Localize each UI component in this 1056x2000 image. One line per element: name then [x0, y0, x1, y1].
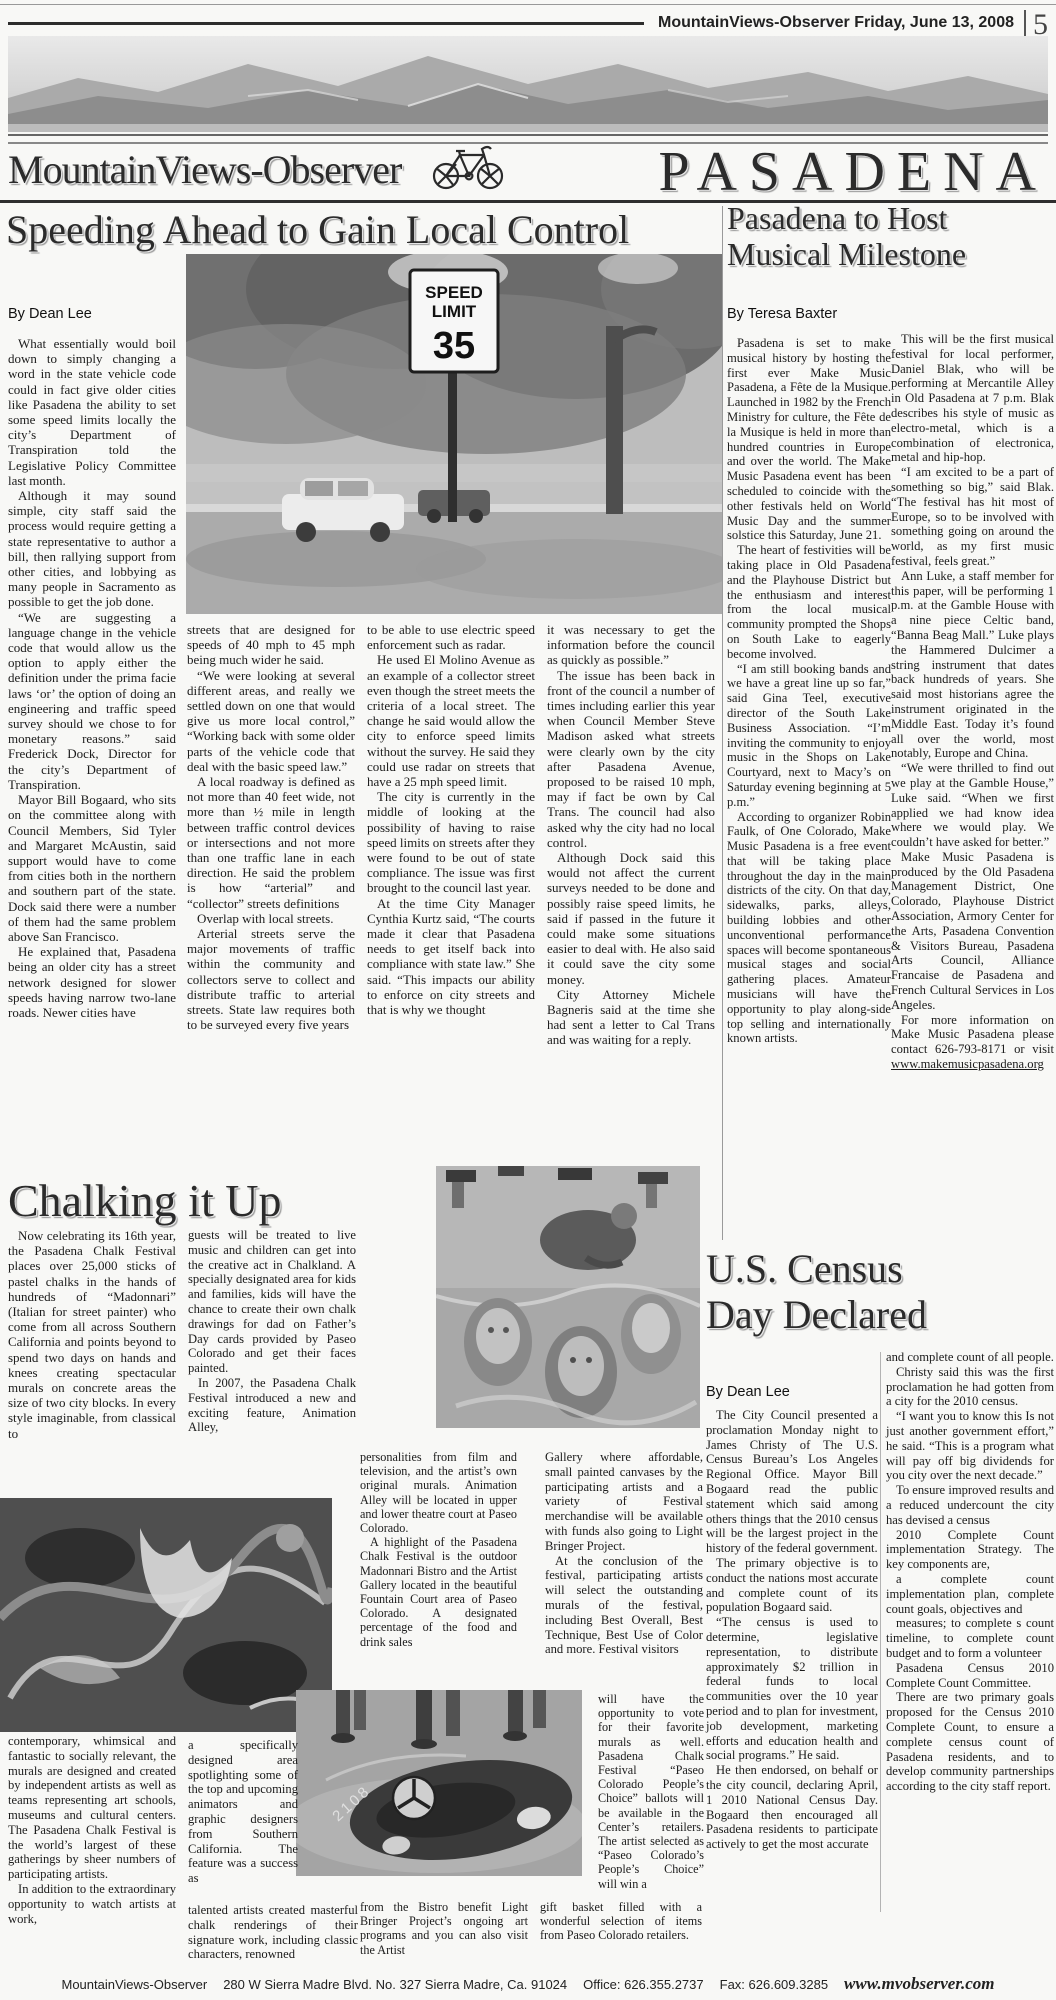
masthead-title: MountainViews-Observer	[8, 146, 401, 193]
chalk-col1: Now celebrating its 16th year, the Pasad…	[8, 1228, 176, 1441]
bicycle-icon	[430, 142, 506, 197]
census-column-rule	[880, 1352, 881, 1912]
chalk-artist-photo	[436, 1166, 700, 1428]
car-chalk-photo: 2108	[296, 1690, 582, 1876]
census-headline-line2: Day Declared	[706, 1292, 1054, 1338]
folio-issue-line: MountainViews-Observer Friday, June 13, …	[658, 10, 1014, 32]
makemusic-link[interactable]: www.makemusicpasadena.org	[891, 1057, 1044, 1071]
footer-paper-name: MountainViews-Observer	[61, 1977, 207, 1992]
chalk-bottom-mid: from the Bistro benefit Light Bringer Pr…	[360, 1900, 528, 1957]
chalk-col2-cont-narrow: a specifically designed area spotlightin…	[188, 1738, 298, 1886]
speed-sign-number: 35	[433, 325, 475, 367]
speed-sign-word2: LIMIT	[432, 302, 477, 321]
music-more-info-text: For more information on Make Music Pasad…	[891, 1013, 1054, 1057]
street-speed-limit-photo: SPEED LIMIT 35	[186, 254, 722, 614]
census-col1: The City Council presented a proclamatio…	[706, 1408, 878, 1852]
music-col1: Pasadena is set to make musical history …	[727, 336, 891, 1046]
mountain-panorama-graphic	[8, 36, 1048, 132]
speeding-headline: Speeding Ahead to Gain Local Control	[6, 206, 629, 253]
footer-fax: Fax: 626.609.3285	[720, 1977, 828, 1992]
chalk-col2: guests will be treated to live music and…	[188, 1228, 356, 1435]
mountain-panorama-photo	[8, 36, 1048, 132]
chalk-headline: Chalking it Up	[8, 1174, 281, 1227]
music-col2-paragraphs: This will be the first musical festival …	[891, 332, 1054, 1013]
top-hairline-rule	[0, 4, 1056, 5]
chalk-col4-narrow: will have the opportunity to vote for th…	[598, 1692, 704, 1891]
music-col2: This will be the first musical festival …	[891, 332, 1054, 1072]
music-byline: By Teresa Baxter	[727, 306, 837, 322]
census-headline-line1: U.S. Census	[706, 1246, 1054, 1292]
newspaper-page: MountainViews-Observer Friday, June 13, …	[0, 0, 1056, 2000]
music-headline: Pasadena to Host Musical Milestone	[727, 200, 1053, 272]
music-headline-line2: Musical Milestone	[727, 236, 1053, 272]
footer-address: 280 W Sierra Madre Blvd. No. 327 Sierra …	[223, 1977, 567, 1992]
census-headline: U.S. Census Day Declared	[706, 1246, 1054, 1338]
mvobserver-link[interactable]: www.mvobserver.com	[844, 1974, 994, 1994]
footer: MountainViews-Observer 280 W Sierra Madr…	[0, 1974, 1056, 1994]
music-headline-line1: Pasadena to Host	[727, 200, 1053, 236]
chalk-col1-cont: contemporary, whimsical and fantastic to…	[8, 1734, 176, 1926]
chalk-col2-cont-wide: talented artists created masterful chalk…	[188, 1903, 358, 1962]
speeding-col2: streets that are designed for speeds of …	[187, 622, 355, 1032]
census-col2: and complete count of all people.Christy…	[886, 1350, 1054, 1794]
chalk-col3: personalities from film and television, …	[360, 1450, 517, 1649]
census-byline: By Dean Lee	[706, 1384, 790, 1400]
speeding-byline: By Dean Lee	[8, 306, 92, 322]
chalk-mural-photo	[0, 1498, 332, 1732]
folio-rule	[8, 22, 644, 25]
footer-office-phone: Office: 626.355.2737	[583, 1977, 703, 1992]
chalk-bottom-right: gift basket filled with a wonderful sele…	[540, 1900, 702, 1943]
speeding-col1: What essentially would boil down to simp…	[8, 336, 176, 1020]
speed-sign-word1: SPEED	[425, 283, 483, 302]
speeding-col4: it was necessary to get the information …	[547, 622, 715, 1048]
masthead-section-title: PASADENA	[520, 140, 1048, 204]
chalk-col4: Gallery where affordable, small painted …	[545, 1450, 703, 1657]
speeding-col3: to be able to use electric speed enforce…	[367, 622, 535, 1017]
article-column-rule	[722, 206, 723, 1240]
